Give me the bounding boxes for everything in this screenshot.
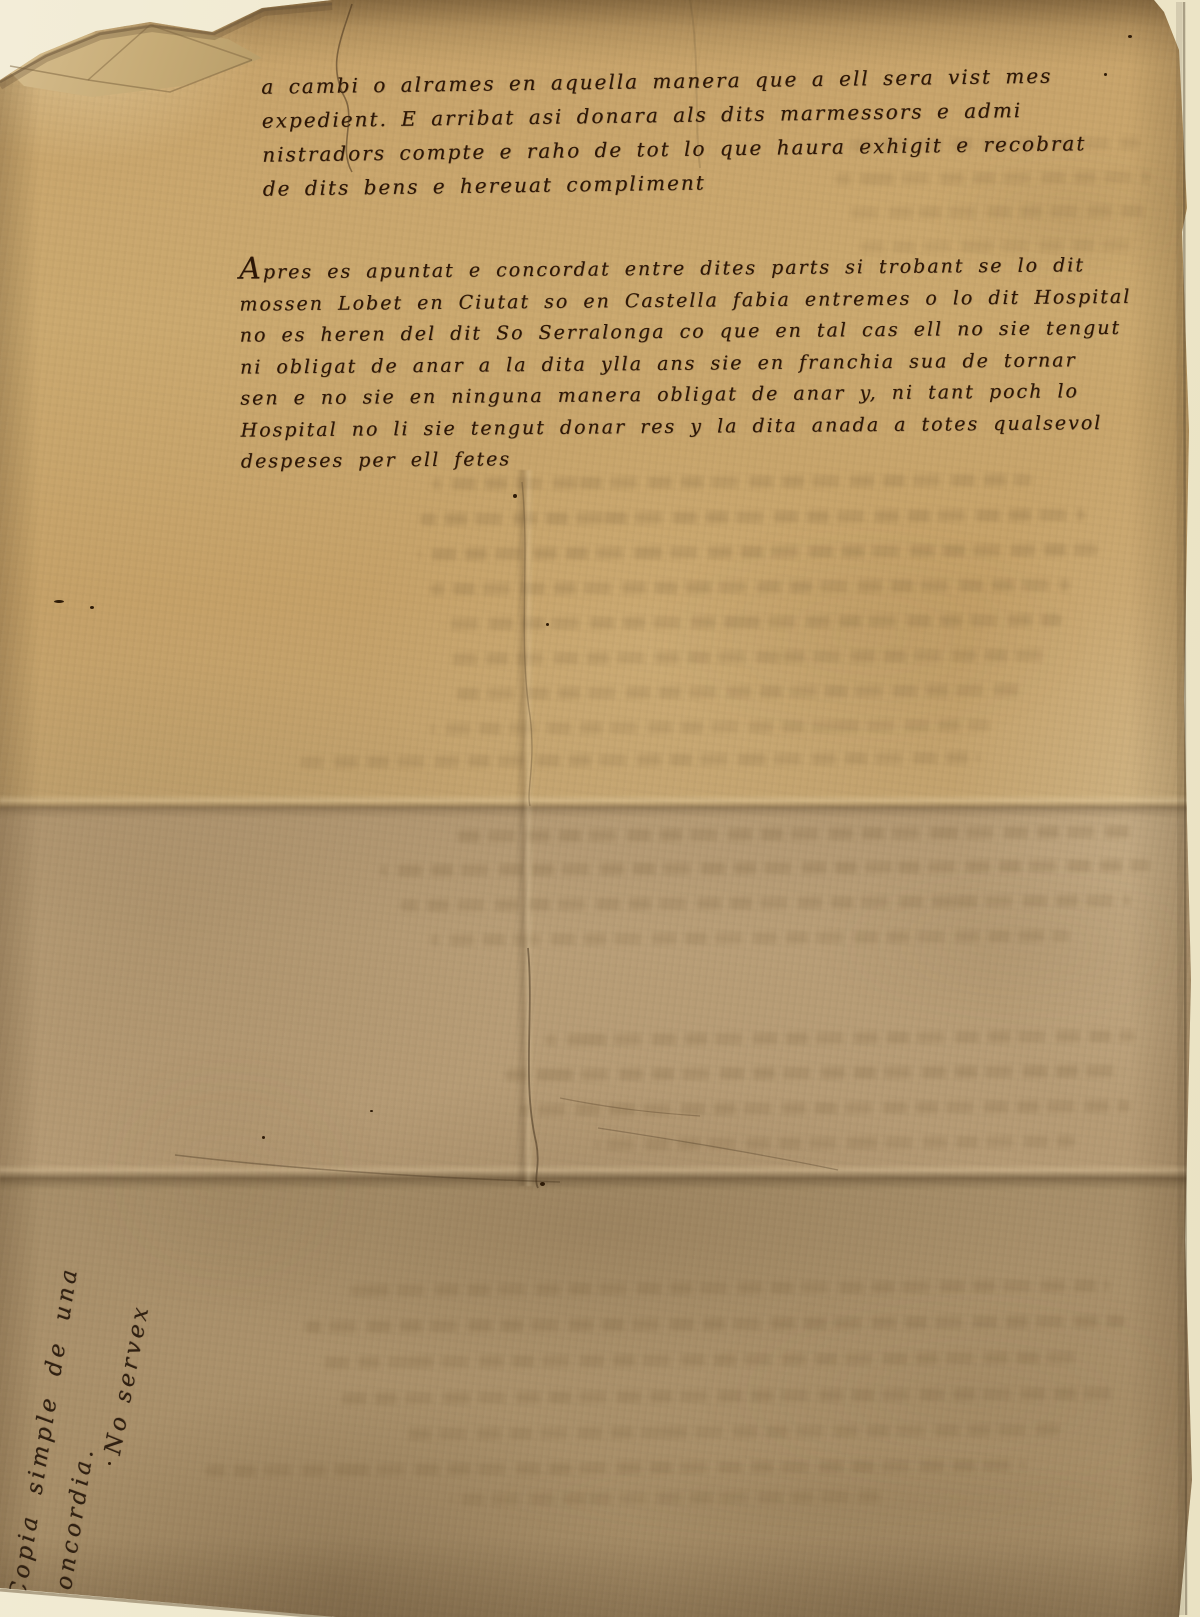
ink-speck (1128, 35, 1132, 38)
paragraph-1: a cambi o alrames en aquella manera que … (261, 58, 1083, 205)
paragraph-2: Apres es apuntat e concordat entre dites… (239, 246, 1071, 478)
ink-speck (546, 623, 549, 626)
horizontal-fold-line-lower (0, 1164, 1200, 1190)
ink-speck (262, 1136, 265, 1139)
horizontal-fold-line-upper (0, 794, 1200, 818)
scanned-manuscript-page: a cambi o alrames en aquella manera que … (0, 0, 1200, 1617)
ink-speck (540, 1182, 545, 1186)
ink-speck (370, 1110, 373, 1112)
ink-speck (1104, 73, 1107, 76)
ink-speck (108, 1462, 111, 1465)
ink-speck (90, 606, 94, 609)
ink-speck (513, 494, 517, 498)
bleed-through-smudge (480, 1455, 1200, 1545)
ink-speck (54, 600, 64, 603)
bleed-through-smudge (650, 520, 1090, 750)
bleed-through-smudge (820, 860, 1200, 1030)
vertical-crease-line (516, 470, 534, 1186)
manuscript-paper: a cambi o alrames en aquella manera que … (0, 0, 1200, 1617)
